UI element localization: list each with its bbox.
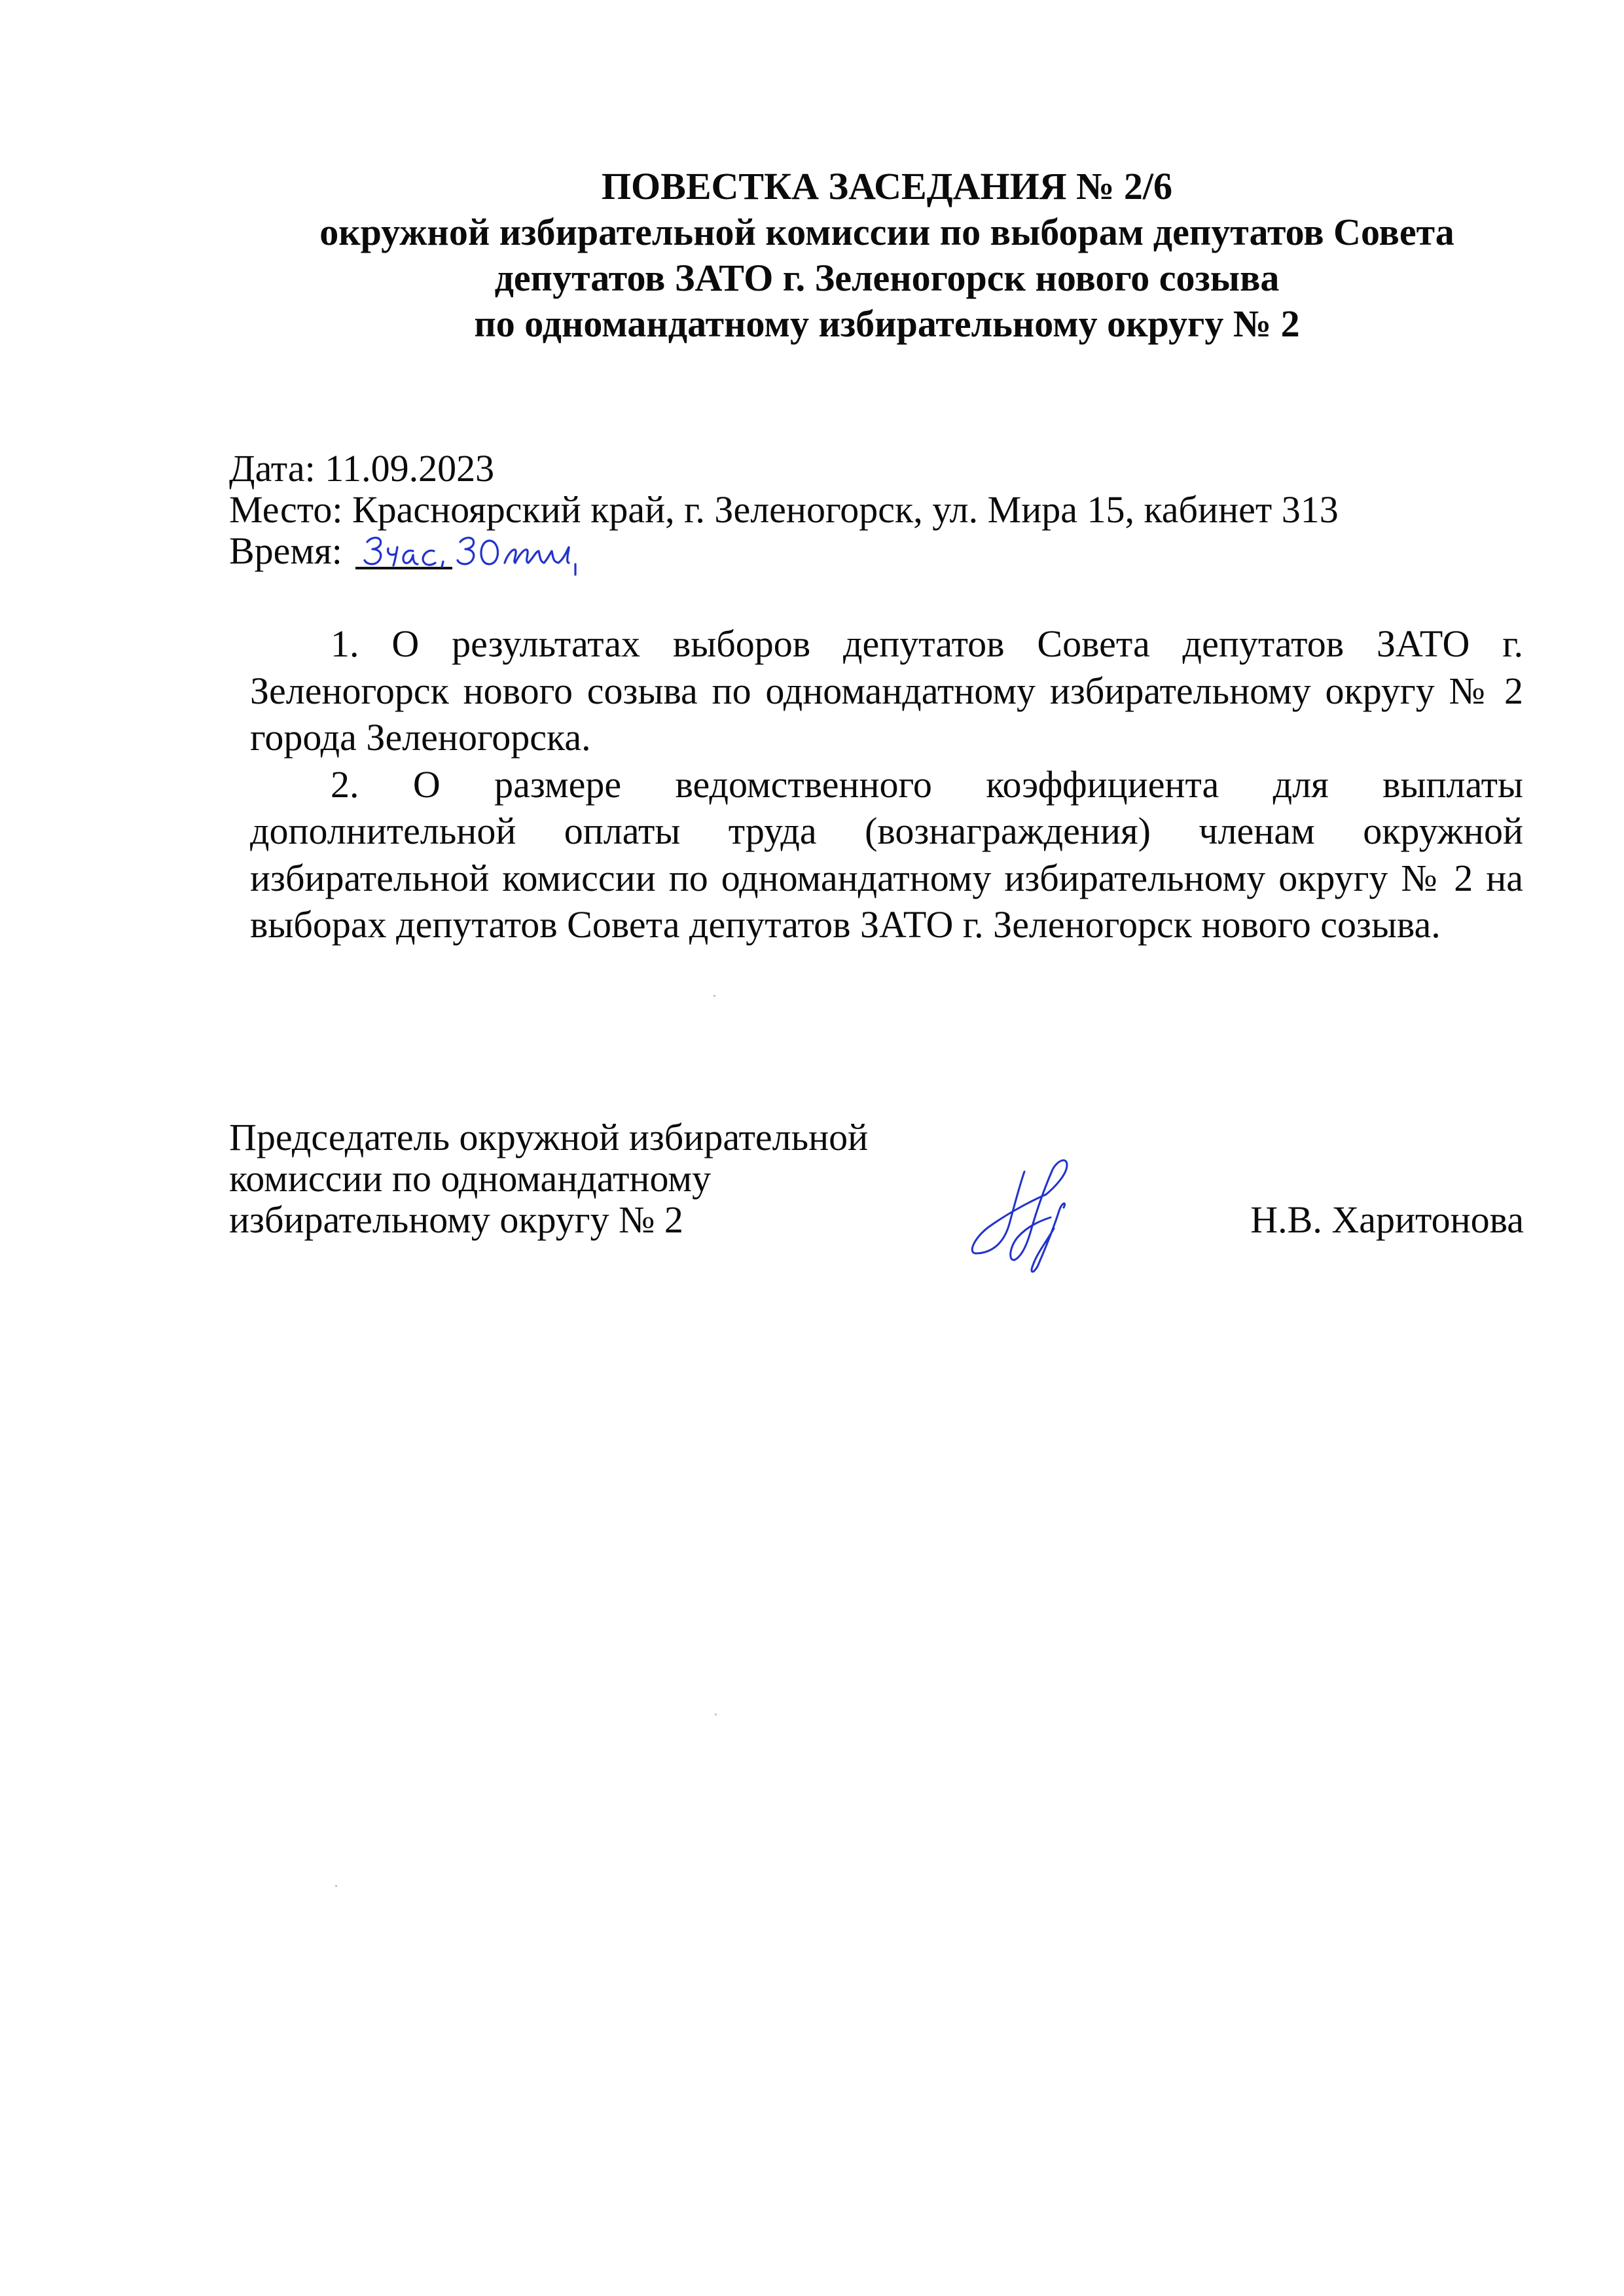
signatory-position: Председатель окружной избирательной коми… (229, 1117, 868, 1240)
title-line-4: по одномандатному избирательному округу … (249, 301, 1525, 347)
scan-artifact (715, 1713, 717, 1715)
place-label: Место: (229, 488, 342, 531)
signer-name: Н.В. Харитонова (1244, 1199, 1524, 1240)
time-label: Время: (229, 529, 342, 572)
date-line: Дата: 11.09.2023 (229, 448, 1339, 489)
date-label: Дата: (229, 447, 316, 490)
place-line: Место: Красноярский край, г. Зеленогорск… (229, 489, 1339, 530)
agenda-list: 1. О результатах выборов депутатов Совет… (250, 620, 1523, 948)
title-line-3: депутатов ЗАТО г. Зеленогорск нового соз… (249, 255, 1525, 301)
meeting-info: Дата: 11.09.2023 Место: Красноярский кра… (229, 448, 1339, 571)
document-page: ПОВЕСТКА ЗАСЕДАНИЯ № 2/6 окружной избира… (0, 0, 1624, 2296)
position-line-1: Председатель окружной избирательной (229, 1117, 868, 1158)
agenda-item-1: 1. О результатах выборов депутатов Совет… (250, 620, 1523, 761)
agenda-item-2: 2. О размере ведомственного коэффициента… (250, 761, 1523, 948)
position-line-2: комиссии по одномандатному (229, 1158, 868, 1199)
scan-artifact (335, 1885, 337, 1887)
title-line-2: окружной избирательной комиссии по выбор… (249, 209, 1525, 255)
agenda-item-number: 1. (331, 622, 359, 665)
agenda-item-text: О результатах выборов депутатов Совета д… (250, 622, 1523, 759)
place-value: Красноярский край, г. Зеленогорск, ул. М… (352, 488, 1339, 531)
position-line-3: избирательному округу № 2 (229, 1199, 868, 1240)
date-value: 11.09.2023 (325, 447, 494, 490)
scan-artifact (713, 995, 715, 997)
title-line-1: ПОВЕСТКА ЗАСЕДАНИЯ № 2/6 (249, 164, 1525, 209)
agenda-item-text: О размере ведомственного коэффициента дл… (250, 763, 1523, 946)
agenda-item-number: 2. (331, 763, 359, 806)
handwritten-signature-icon (969, 1155, 1080, 1276)
document-title: ПОВЕСТКА ЗАСЕДАНИЯ № 2/6 окружной избира… (249, 164, 1525, 347)
time-line: Время: 3час. 30мин. (229, 530, 1339, 571)
handwritten-time-icon: 3час. 30мин. (355, 529, 657, 576)
